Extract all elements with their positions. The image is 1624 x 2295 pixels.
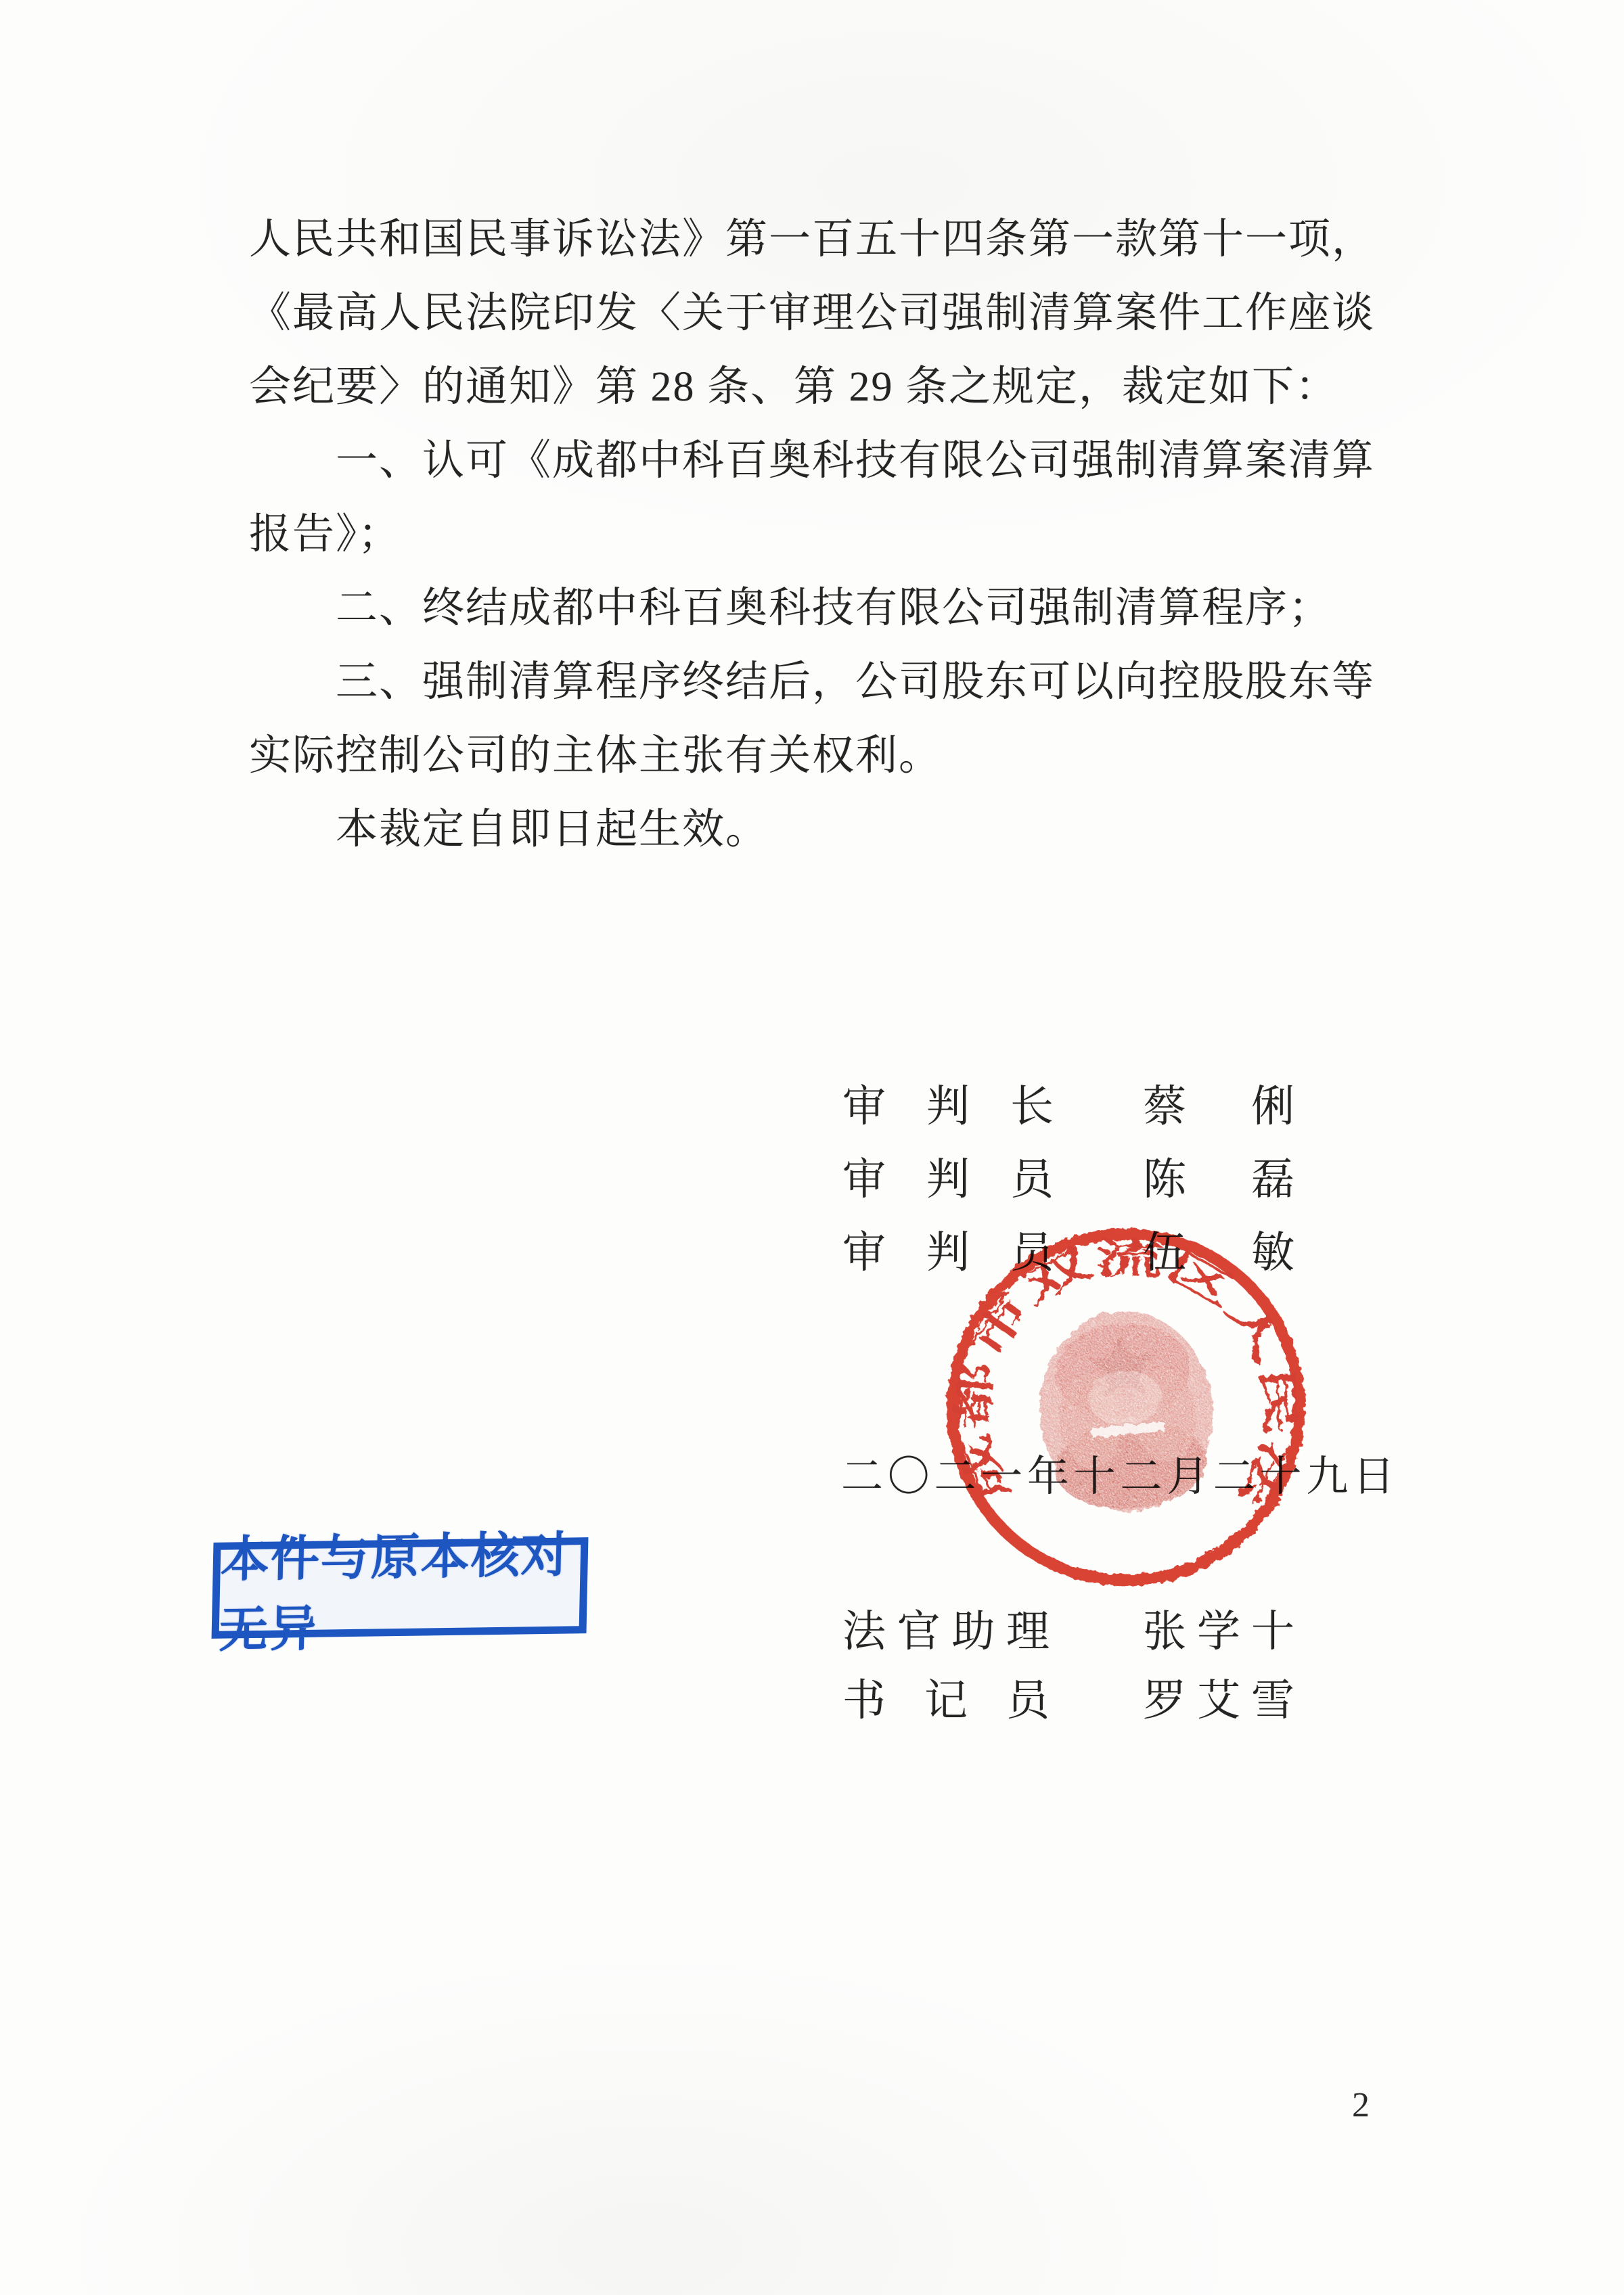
staff-signature-row: 法官助理 张学十 [842,1597,1294,1659]
ruling-body-text: 人民共和国民事诉讼法》第一百五十四条第一款第十一项， 《最高人民法院印发〈关于审… [249,203,1393,867]
body-line-ruling-item-2: 二、终结成都中科百奥科技有限公司强制清算程序； [249,572,1393,645]
body-line-ruling-item-1: 一、认可《成都中科百奥科技有限公司强制清算案清算 [249,424,1393,498]
staff-signature-row: 书记员 罗艾雪 [842,1666,1294,1728]
verification-stamp-text: 本件与原本核对无异 [219,1515,581,1661]
judge-name: 蔡俐 [1143,1072,1294,1134]
body-line: 实际控制公司的主体主张有关权利。 [249,719,1393,793]
body-line-ruling-item-3: 三、强制清算程序终结后，公司股东可以向控股股东等 [249,645,1393,719]
judge-role: 审判长 [842,1072,1054,1134]
page-number: 2 [1352,2085,1370,2125]
staff-role: 书记员 [842,1666,1050,1728]
judge-signature-row: 审判长 蔡俐 [842,1072,1294,1134]
body-line-effective-statement: 本裁定自即日起生效。 [249,793,1393,867]
staff-name: 罗艾雪 [1143,1666,1294,1728]
verification-stamp: 本件与原本核对无异 [212,1537,589,1639]
body-line: 《最高人民法院印发〈关于审理公司强制清算案件工作座谈 [249,277,1393,350]
body-line: 报告》； [249,498,1393,572]
judge-name: 伍敏 [1143,1218,1294,1280]
body-line: 会纪要〉的通知》第 28 条、第 29 条之规定，裁定如下： [249,350,1393,424]
body-line: 人民共和国民事诉讼法》第一百五十四条第一款第十一项， [249,203,1393,277]
ruling-date: 二〇二一年十二月二十九日 [841,1442,1395,1503]
judge-role: 审判员 [842,1145,1054,1207]
court-ruling-page: { "body": { "lines": [ "人民共和国民事诉讼法》第一百五十… [0,0,1624,2295]
staff-name: 张学十 [1143,1597,1294,1659]
judge-name: 陈磊 [1143,1145,1294,1207]
judge-signature-row: 审判员 伍敏 [842,1218,1294,1280]
judge-role: 审判员 [842,1218,1054,1280]
judge-signature-row: 审判员 陈磊 [842,1145,1294,1207]
staff-role: 法官助理 [842,1597,1050,1659]
